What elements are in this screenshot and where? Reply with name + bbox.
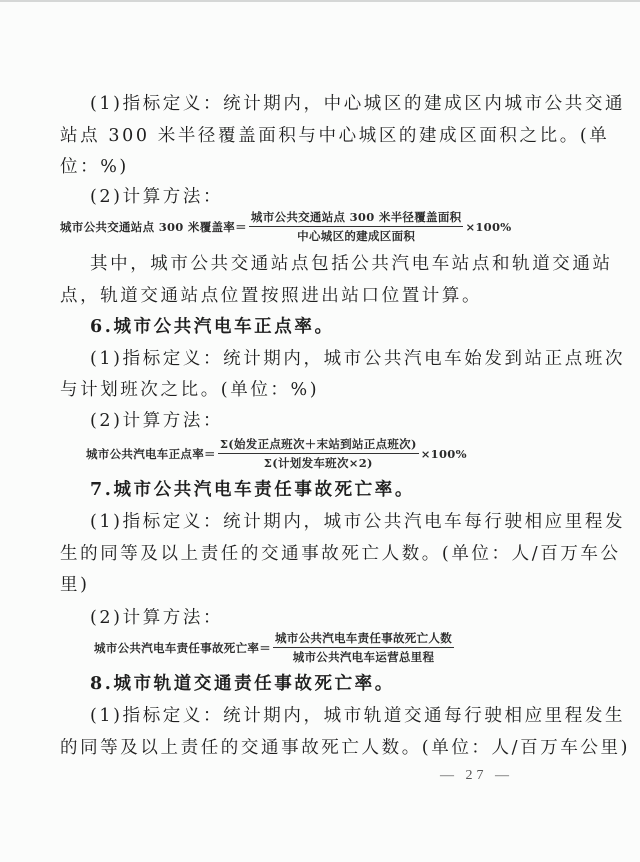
definition-line: (1)指标定义：统计期内，城市公共汽电车始发到站正点班次 [60,343,605,375]
definition-line: 生的同等及以上责任的交通事故死亡人数。(单位：人/百万车公 [60,538,575,570]
denominator: 中心城区的建成区面积 [295,227,417,244]
formula-on-time: 城市公共汽电车正点率＝ Σ(始发正点班次＋末站到站正点班次) Σ(计划发车班次×… [86,436,467,471]
definition-line: 站点 300 米半径覆盖面积与中心城区的建成区面积之比。(单 [60,120,575,152]
page-number: — 27 — [440,768,513,784]
method-heading: (2)计算方法： [60,405,605,437]
definition-line: (1)指标定义：统计期内，城市轨道交通每行驶相应里程发生 [60,700,605,732]
formula-coverage: 城市公共交通站点 300 米覆盖率＝ 城市公共交通站点 300 米半径覆盖面积 … [60,209,512,244]
numerator: 城市公共汽电车责任事故死亡人数 [273,630,454,648]
numerator: 城市公共交通站点 300 米半径覆盖面积 [249,209,464,227]
note-line: 其中，城市公共交通站点包括公共汽电车站点和轨道交通站 [60,248,605,280]
denominator: 城市公共汽电车运营总里程 [291,648,437,665]
formula-lhs: 城市公共汽电车正点率＝ [86,446,216,462]
top-border [0,0,640,2]
formula-lhs: 城市公共交通站点 300 米覆盖率＝ [60,219,247,235]
definition-line: 位：%) [60,151,575,183]
formula-tail: ×100% [421,447,467,461]
fraction: Σ(始发正点班次＋末站到站正点班次) Σ(计划发车班次×2) [218,436,419,471]
numerator: Σ(始发正点班次＋末站到站正点班次) [218,436,419,454]
formula-lhs: 城市公共汽电车责任事故死亡率＝ [94,640,271,656]
section-heading-7: 7.城市公共汽电车责任事故死亡率。 [60,474,605,506]
definition-line: (1)指标定义：统计期内，中心城区的建成区内城市公共交通 [60,88,605,120]
definition-line: 与计划班次之比。(单位：%) [60,374,575,406]
definition-line: 里) [60,569,575,601]
formula-tail: ×100% [465,220,511,234]
formula-bus-fatality: 城市公共汽电车责任事故死亡率＝ 城市公共汽电车责任事故死亡人数 城市公共汽电车运… [94,630,456,665]
note-line: 点，轨道交通站点位置按照进出站口位置计算。 [60,280,575,312]
fraction: 城市公共汽电车责任事故死亡人数 城市公共汽电车运营总里程 [273,630,454,665]
denominator: Σ(计划发车班次×2) [262,454,375,471]
section-heading-6: 6.城市公共汽电车正点率。 [60,311,605,343]
fraction: 城市公共交通站点 300 米半径覆盖面积 中心城区的建成区面积 [249,209,464,244]
definition-line: 的同等及以上责任的交通事故死亡人数。(单位：人/百万车公里) [60,732,575,764]
section-heading-8: 8.城市轨道交通责任事故死亡率。 [60,668,605,700]
definition-line: (1)指标定义：统计期内，城市公共汽电车每行驶相应里程发 [60,506,605,538]
